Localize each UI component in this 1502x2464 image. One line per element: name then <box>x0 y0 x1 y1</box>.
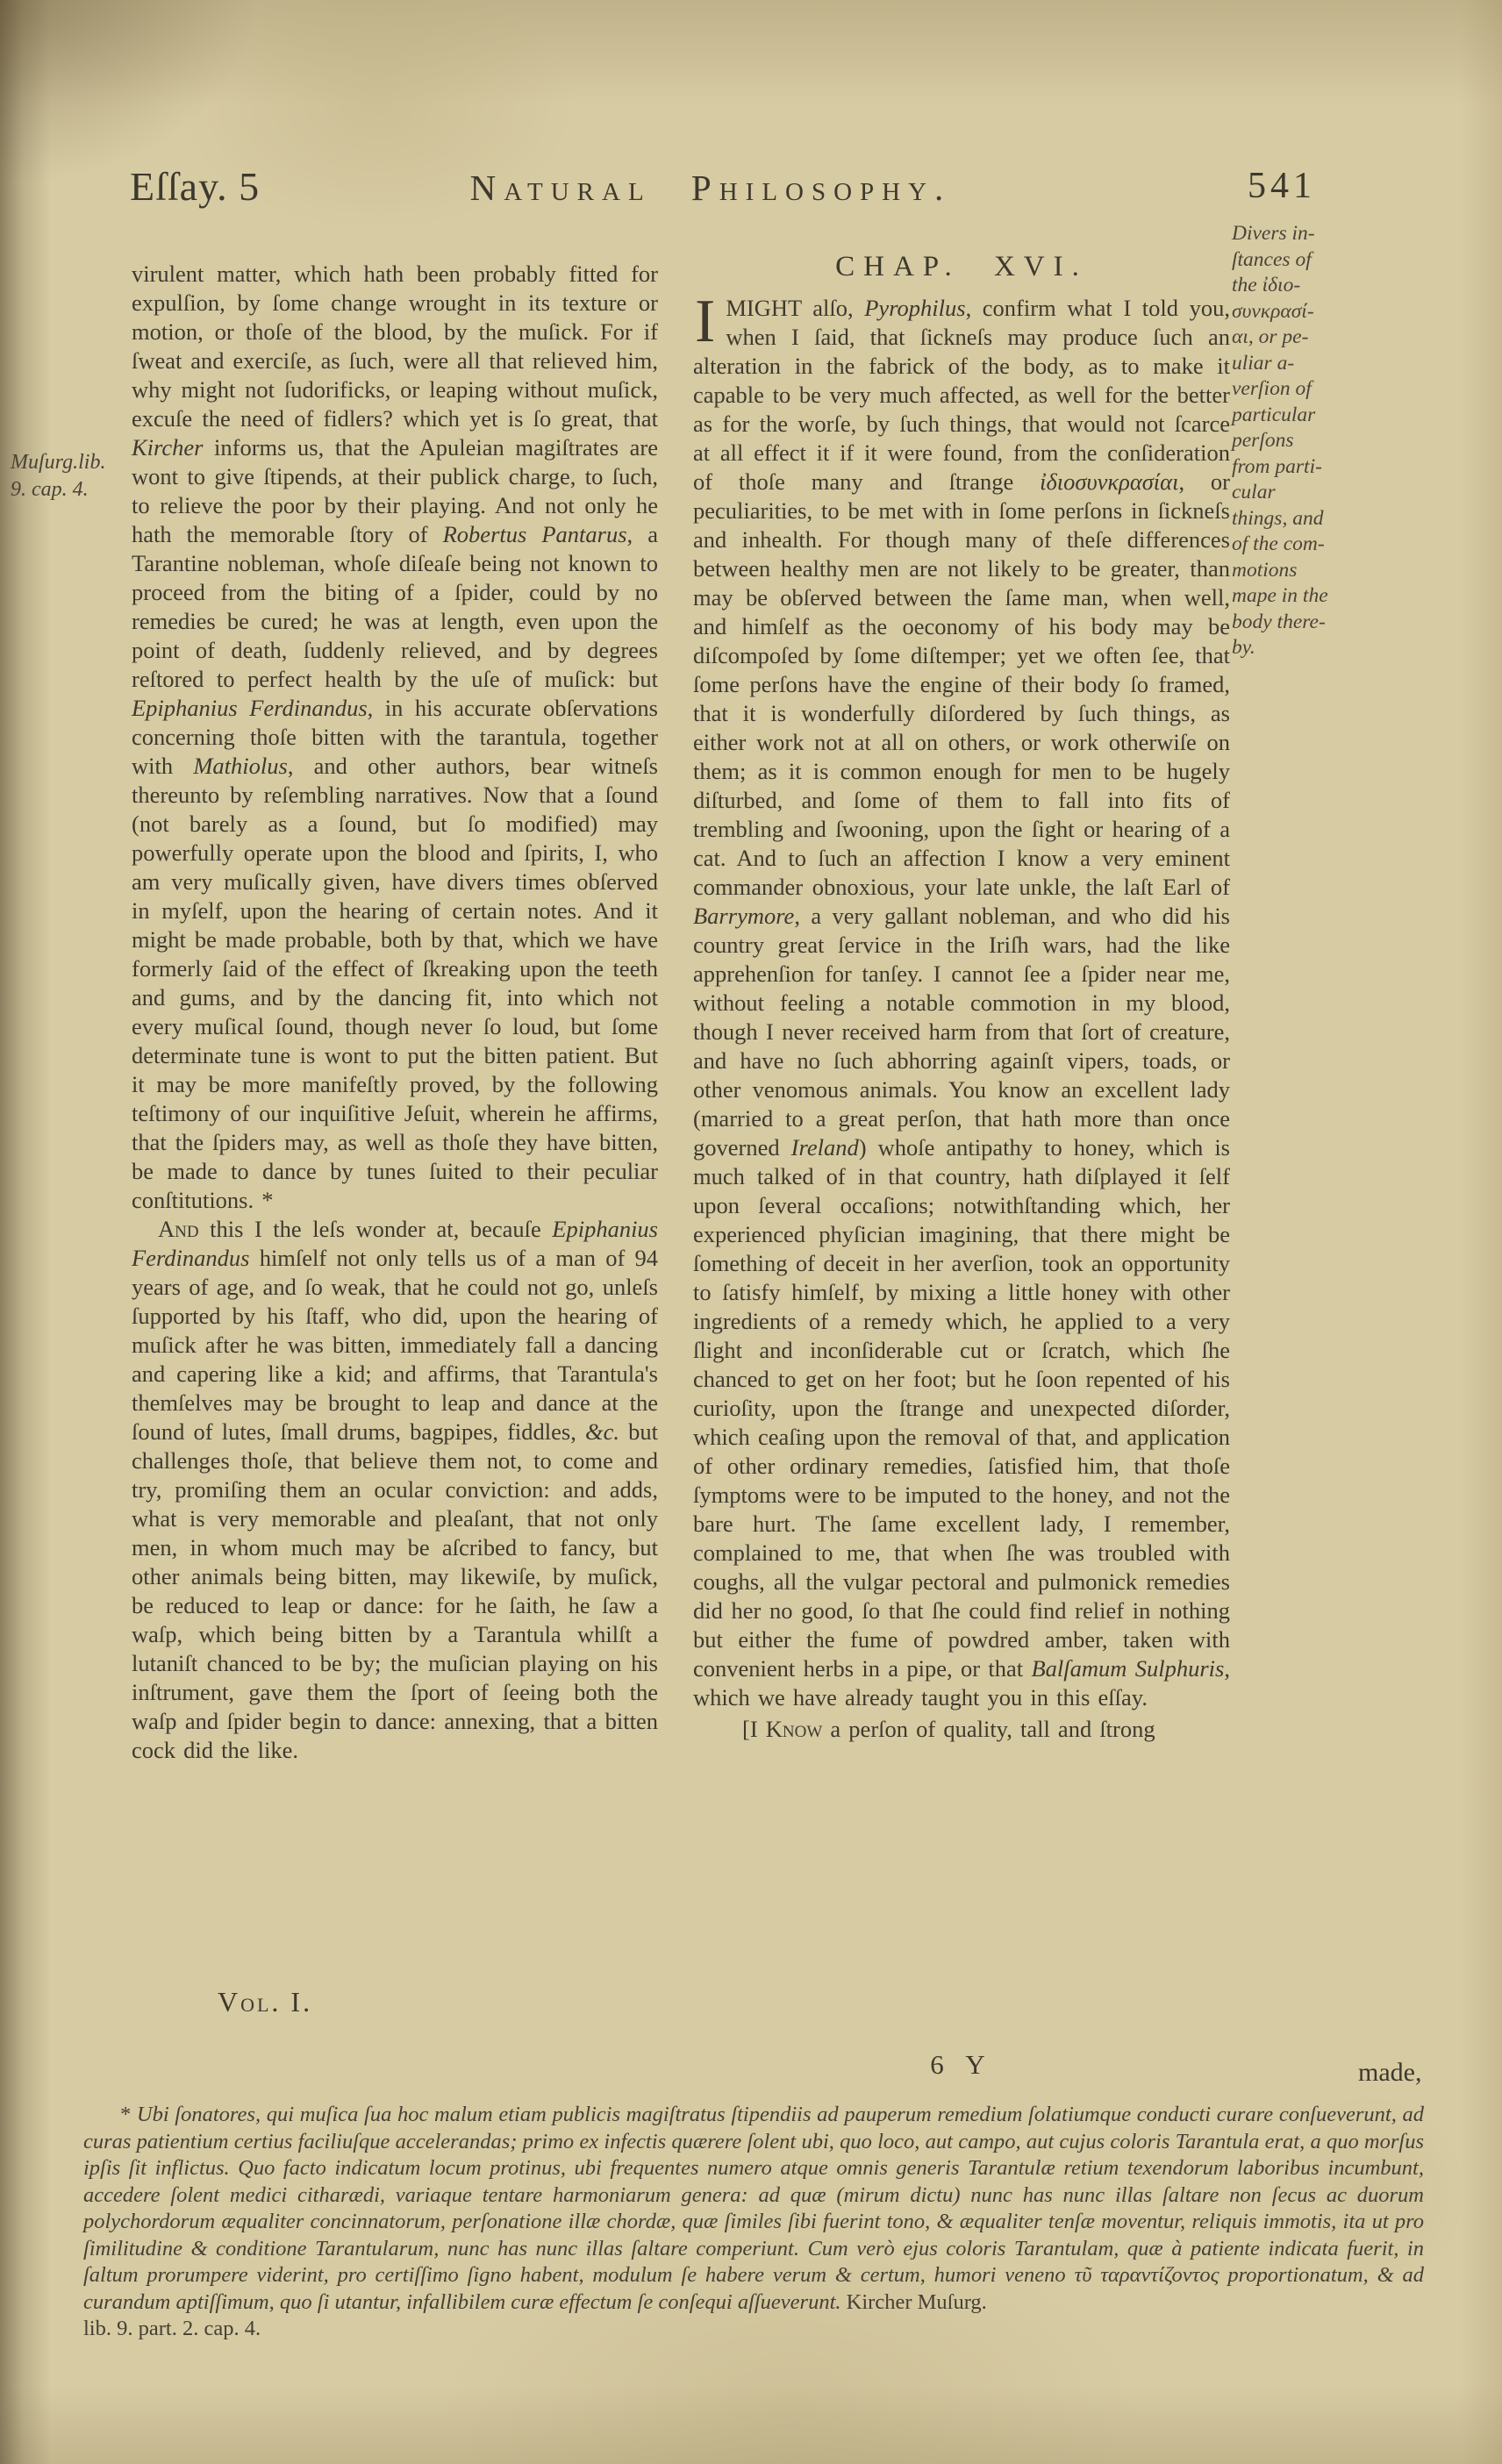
footnote: * Ubi ſonatores, qui muſica ſua hoc malu… <box>83 2102 1424 2343</box>
right-margin-note: Divers in-ſtances ofthe ἰδιο-συνκρασί-αι… <box>1232 221 1486 661</box>
essay-number: Eſſay. 5 <box>130 163 260 210</box>
catchword: made, <box>1358 2058 1421 2088</box>
running-title: Natural Philosophy. <box>333 167 1088 209</box>
left-column: virulent matter, which hath been probabl… <box>132 260 658 1765</box>
book-page: Eſſay. 5 Natural Philosophy. 541 Muſurg.… <box>0 0 1502 2464</box>
left-paragraph-1: virulent matter, which hath been probabl… <box>132 260 658 1215</box>
volume-label: Vol. I. <box>218 1986 312 2018</box>
right-column: CHAP. XVI. IMIGHT alſo, Pyrophilus, conf… <box>693 253 1230 1744</box>
page-number: 541 <box>1248 165 1316 207</box>
footnote-text: * Ubi ſonatores, qui muſica ſua hoc malu… <box>83 2102 1424 2316</box>
right-paragraph-1: IMIGHT alſo, Pyrophilus, confirm what I … <box>693 294 1230 1712</box>
chapter-heading: CHAP. XVI. <box>693 253 1230 282</box>
left-paragraph-2: And this I the leſs wonder at, becauſe E… <box>132 1215 658 1765</box>
left-margin-note: Muſurg.lib.9. cap. 4. <box>11 449 130 504</box>
footnote-citation: lib. 9. part. 2. cap. 4. <box>83 2316 1424 2343</box>
drop-cap: I <box>693 294 726 346</box>
signature-mark: 6 Y <box>693 2049 1230 2081</box>
right-paragraph-1-text: MIGHT alſo, Pyrophilus, confirm what I t… <box>693 295 1230 1711</box>
right-paragraph-2: [I Know a perſon of quality, tall and ſt… <box>693 1715 1230 1744</box>
